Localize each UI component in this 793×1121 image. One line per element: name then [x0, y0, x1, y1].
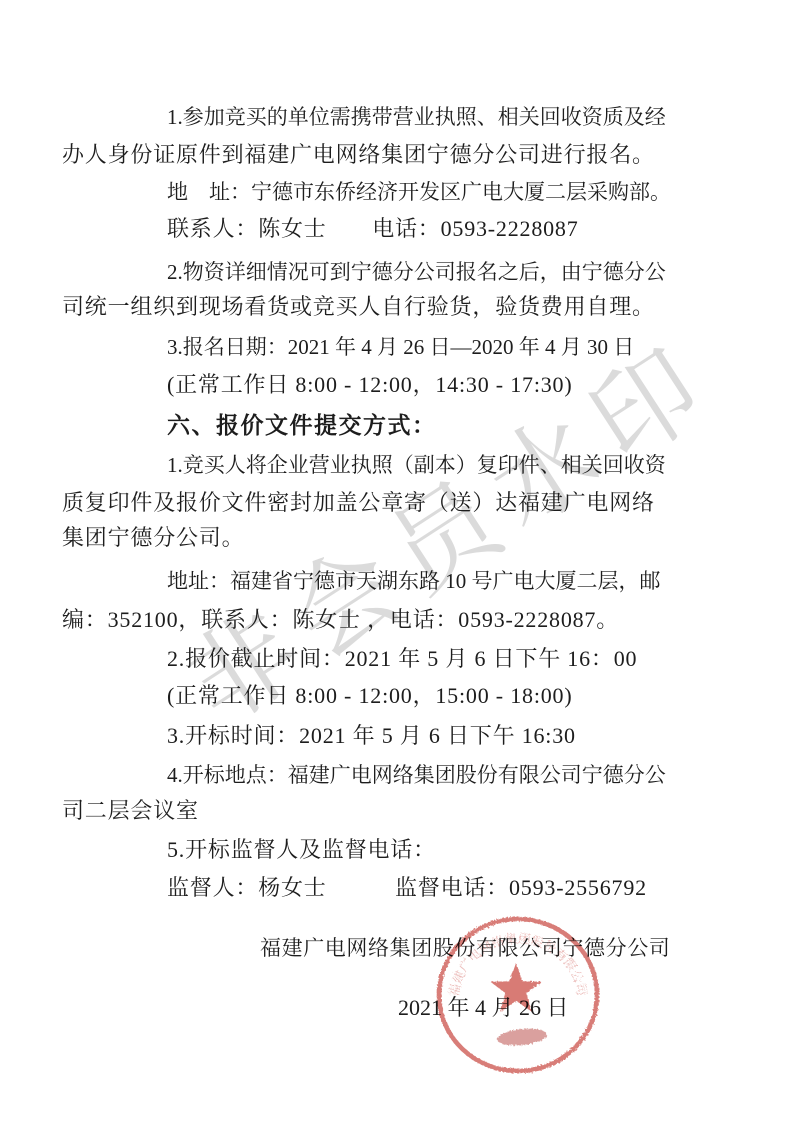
- body-line: 编：352100，联系人：陈女士 ，电话：0593-2228087。: [62, 601, 619, 639]
- body-line: 质复印件及报价文件密封加盖公章寄（送）达福建广电网络: [62, 484, 655, 522]
- document-body: 1.参加竞买的单位需携带营业执照、相关回收资质及经 办人身份证原件到福建广电网络…: [0, 0, 793, 1121]
- body-line: 办人身份证原件到福建广电网络集团宁德分公司进行报名。: [62, 136, 655, 174]
- body-line: 地址：福建省宁德市天湖东路 10 号广电大厦二层，邮: [62, 562, 661, 600]
- body-line: 3.报名日期：2021 年 4 月 26 日—2020 年 4 月 30 日: [62, 328, 634, 366]
- body-line: (正常工作日 8:00 - 12:00，14:30 - 17:30): [62, 366, 572, 404]
- body-line: (正常工作日 8:00 - 12:00，15:00 - 18:00): [62, 677, 572, 715]
- body-line: 司统一组织到现场看货或竞买人自行验货，验货费用自理。: [62, 288, 655, 326]
- company-seal: 福建广电网络集团股份有限公司: [430, 913, 606, 1081]
- seal-smudge: [496, 1026, 547, 1047]
- document-page: 非会员水印 1.参加竞买的单位需携带营业执照、相关回收资质及经 办人身份证原件到…: [0, 0, 793, 1121]
- body-line: 1.竞买人将企业营业执照（副本）复印件、相关回收资: [62, 446, 666, 484]
- body-line: 2.物资详细情况可到宁德分公司报名之后，由宁德分公: [62, 253, 666, 291]
- star-icon: [490, 963, 541, 1012]
- body-line: 1.参加竞买的单位需携带营业执照、相关回收资质及经: [62, 98, 666, 136]
- section-heading: 六、报价文件提交方式：: [62, 406, 437, 444]
- body-line: 5.开标监督人及监督电话：: [62, 831, 436, 869]
- body-line: 3.开标时间：2021 年 5 月 6 日下午 16:30: [62, 717, 576, 755]
- body-line: 4.开标地点：福建广电网络集团股份有限公司宁德分公: [62, 756, 666, 794]
- body-line: 司二层会议室: [62, 792, 199, 830]
- body-line: 监督人：杨女士 监督电话：0593-2556792: [62, 869, 647, 907]
- body-line: 联系人：陈女士 电话：0593-2228087: [62, 210, 579, 248]
- body-line: 集团宁德分公司。: [62, 519, 244, 557]
- body-line: 2.报价截止时间：2021 年 5 月 6 日下午 16：00: [62, 640, 637, 678]
- body-line: 地 址：宁德市东侨经济开发区广电大厦二层采购部。: [62, 173, 671, 211]
